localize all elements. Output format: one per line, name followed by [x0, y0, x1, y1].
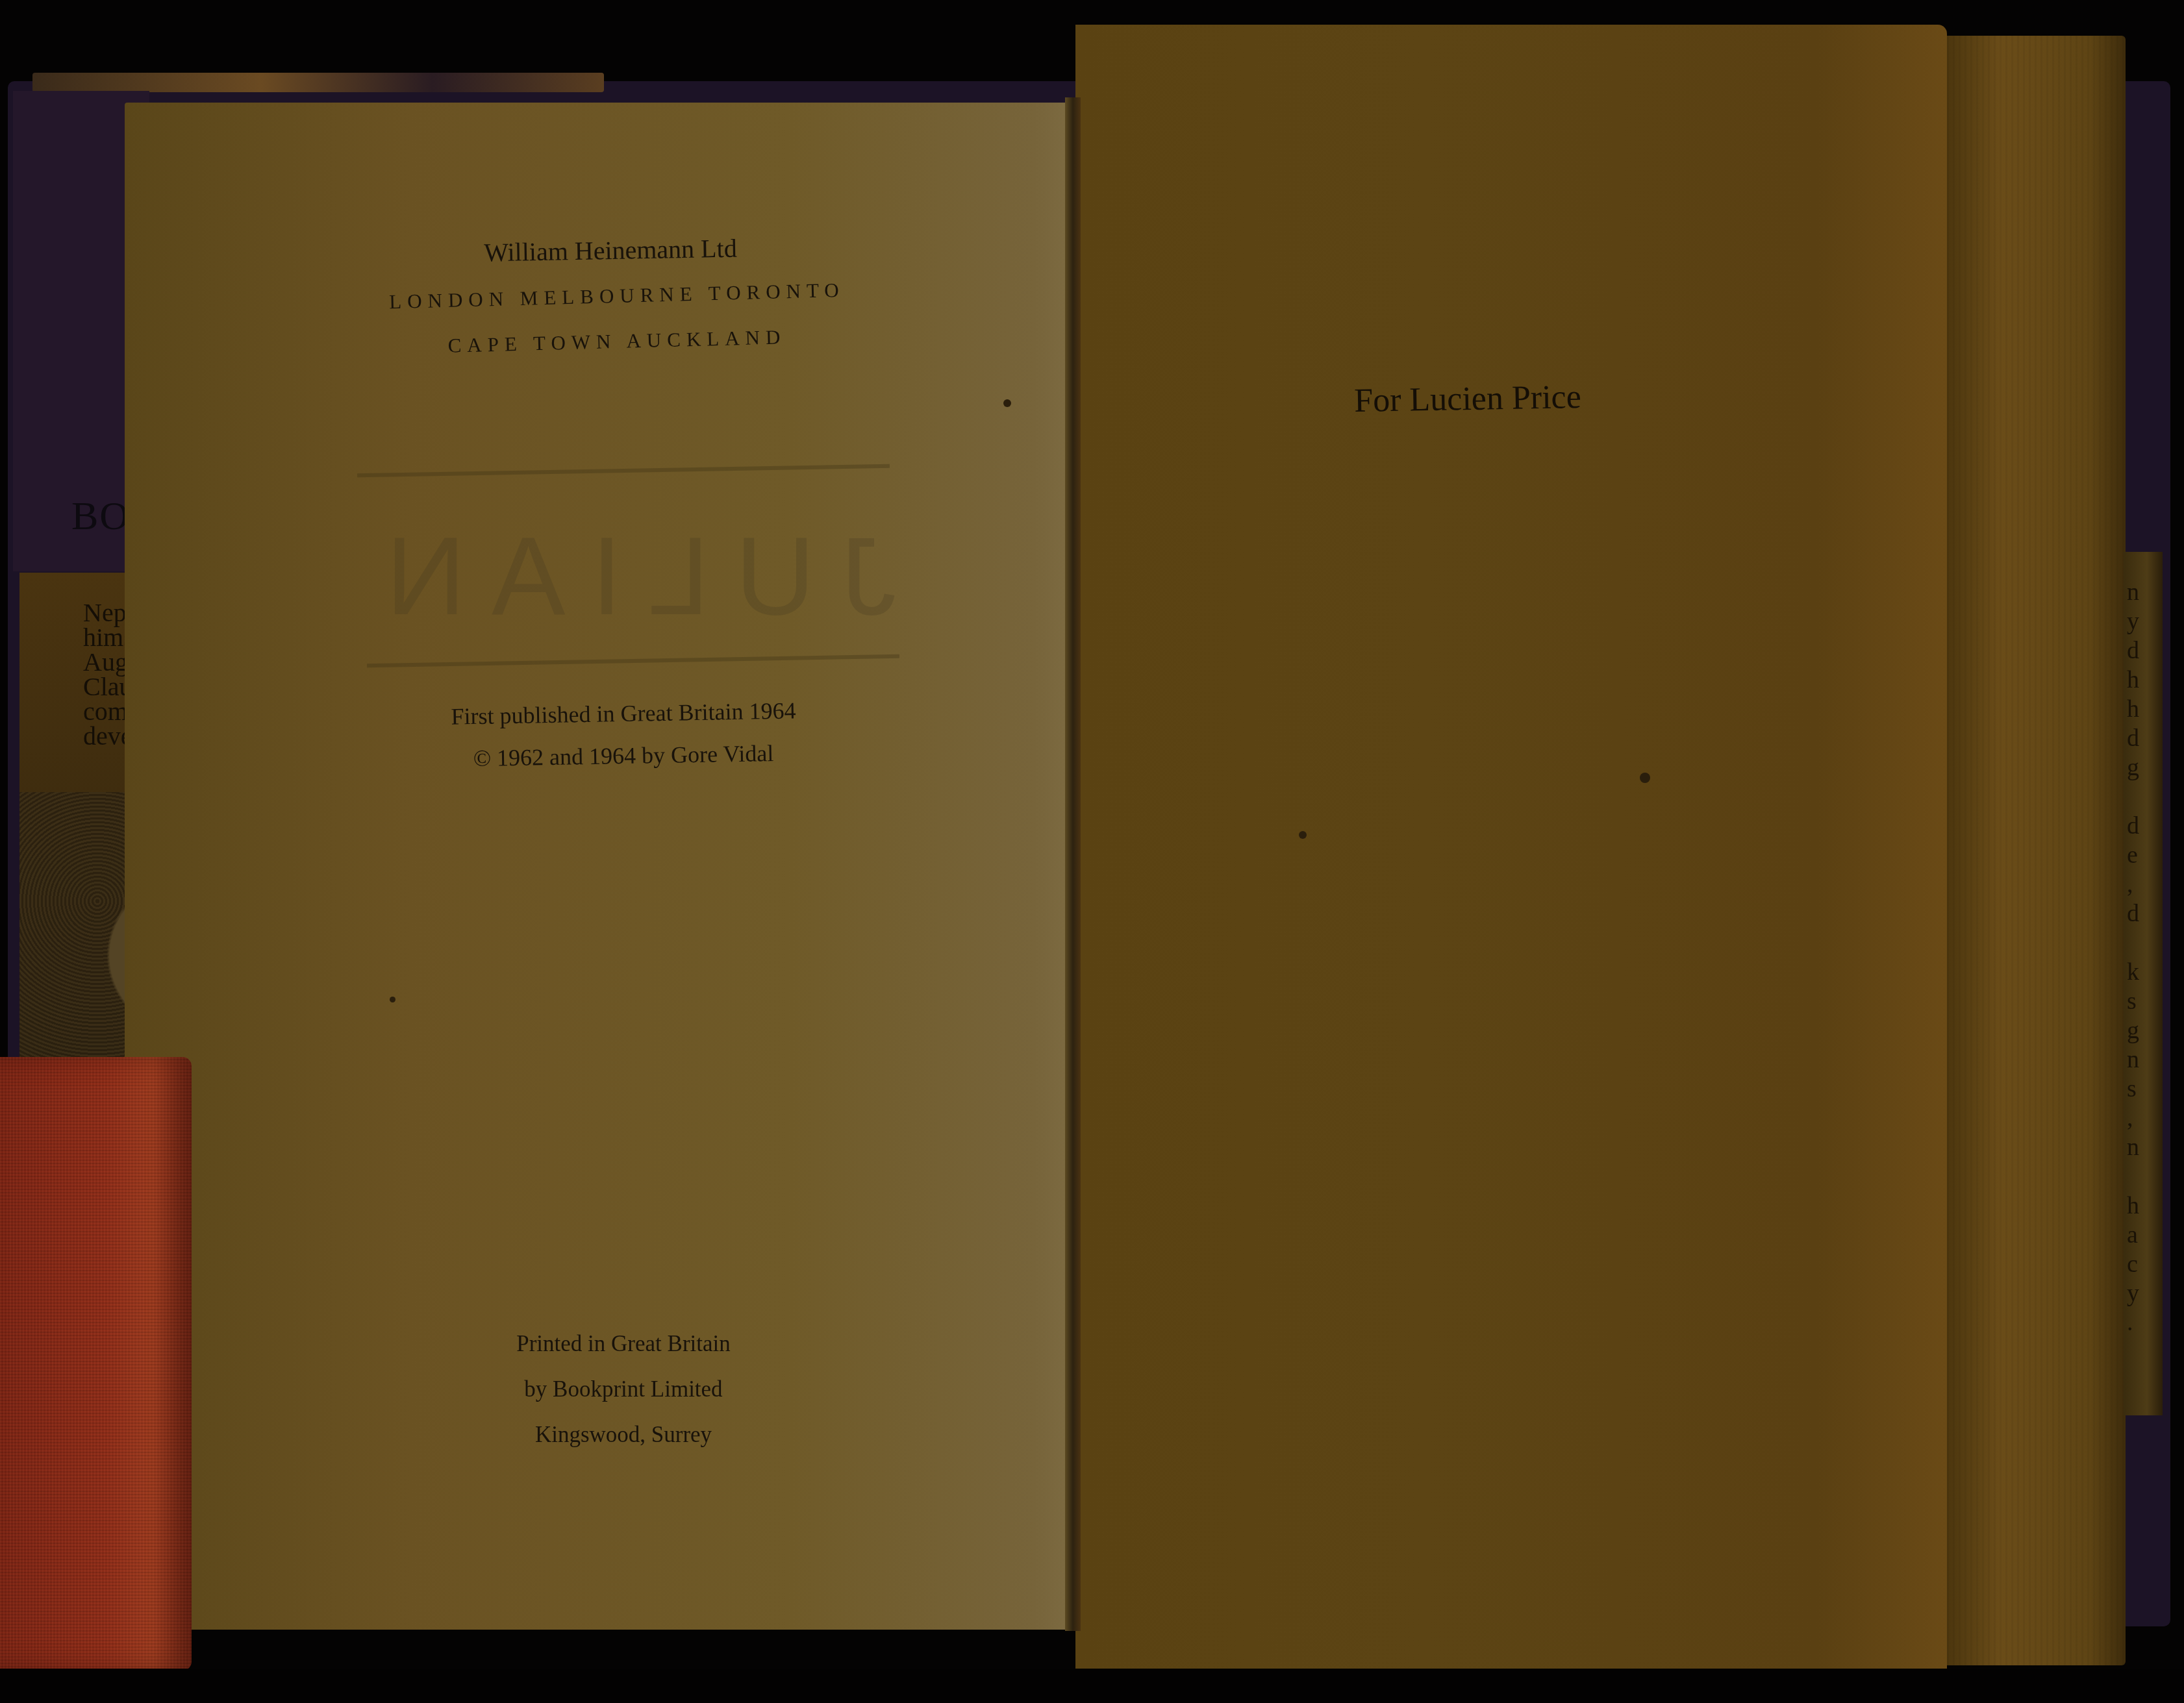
dark-surface — [0, 1669, 2184, 1703]
foxing-spot — [1640, 773, 1650, 783]
foxing-spot — [1299, 831, 1307, 839]
show-through-title: JULIAN — [364, 513, 896, 640]
jacket-flap-heading-fragment: BO — [71, 493, 130, 540]
printer-line-2: by Bookprint Limited — [455, 1376, 792, 1402]
right-page — [1075, 25, 1947, 1697]
right-jacket-text-fragments: n y d h h d g d e , d k s g n s , n h a … — [2127, 578, 2153, 1337]
red-cloth-book — [0, 1057, 192, 1671]
printer-line-3: Kingswood, Surrey — [455, 1422, 792, 1448]
dedication: For Lucien Price — [1312, 377, 1624, 421]
book-gutter — [1065, 97, 1081, 1631]
foxing-spot — [390, 997, 395, 1002]
worn-jacket-edge — [32, 73, 604, 92]
printer-line-1: Printed in Great Britain — [455, 1331, 792, 1357]
page-block-edge — [1947, 36, 2126, 1665]
foxing-spot — [1003, 399, 1011, 407]
